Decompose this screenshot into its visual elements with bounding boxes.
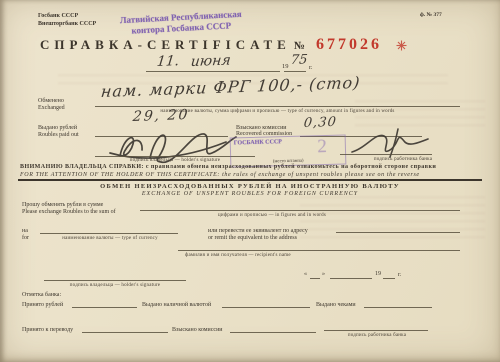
certificate-document: Госбанк СССР Внешторгбанк СССР Латвийска… [0,0,500,362]
form-number: ф. № 377 [420,12,442,18]
attention-ru: ВНИМАНИЮ ВЛАДЕЛЬЦА СПРАВКИ: с правилами … [20,164,436,171]
stamp-box-bank: ГОСБАНК СССР [234,139,282,146]
red-asterisk-icon [396,40,407,51]
date2-year: 19 [375,271,381,278]
commission-value-handwritten: 0,30 [303,115,338,131]
date-year-printed: 19 [282,63,289,70]
serial-number: 677026 [316,36,382,54]
date2-open-quote: « [304,271,307,278]
date2-suffix: г. [398,272,401,279]
issuer-bank-line1: Госбанк СССР [38,13,78,20]
paid-value-handwritten: 29, 20 [132,107,190,125]
number-sign: № [294,40,305,52]
date-day-handwritten: 11. [156,53,180,70]
section2-heading-ru: ОБМЕН НЕИЗРАСХОДОВАННЫХ РУБЛЕЙ НА ИНОСТР… [0,183,500,190]
attention-en: FOR THE ATTENTION OF THE HOLDER OF THIS … [20,172,420,179]
clerk2-caption: подпись работника банка [330,333,424,339]
office-stamp: Латвийская Республиканская контора Госба… [86,7,277,38]
paid-label-en: Roubles paid out [38,132,79,139]
document-title: СПРАВКА-CERTIFICATE [40,38,291,53]
cheques-issued-label: Выдано чеками [316,302,356,309]
transfer-accepted-label: Принято к переводу [22,327,73,334]
row2-caption: наименование валюты — type of currency [42,236,178,242]
commission2-label: Взыскано комиссии [172,327,223,334]
section2-heading-en: EXCHANGE OF UNSPENT ROUBLES FOR FOREIGN … [0,191,500,198]
row2-label-en: for [22,235,29,242]
bank-mark-label: Отметка банка: [22,292,61,299]
exchanged-label-en: Exchanged [38,105,65,112]
date-year-handwritten: 75 [290,52,308,68]
accepted-roubles-label: Принято рублей [22,302,63,309]
cash-issued-label: Выдано наличной валютой [142,302,211,309]
stamp-box-digit: 2 [317,136,327,158]
holder-signature-caption: подпись владельца — holder's signature [100,158,250,164]
stamp-box: ГОСБАНК СССР (место штампа) 2 [230,134,347,167]
paid-label-ru: Выдано рублей [38,125,77,132]
row1-label-en: Please exchange Roubles to the sum of [22,209,116,216]
recipient-caption: фамилия и имя получателя — recipient's n… [185,253,465,259]
date-suffix: г. [309,64,313,71]
date2-close-quote: » [322,271,325,278]
exchanged-label-ru: Обменено [38,98,64,105]
holder2-caption: подпись владельца — holder's signature [48,283,182,289]
date-month-handwritten: июня [190,53,232,70]
row2b-label-en: or remit the equivalent to the address [208,235,297,242]
row1-caption: цифрами и прописью — in figures and in w… [218,213,326,219]
bank-signature-caption: подпись работника банка [348,157,458,163]
show-through-text [300,196,485,242]
